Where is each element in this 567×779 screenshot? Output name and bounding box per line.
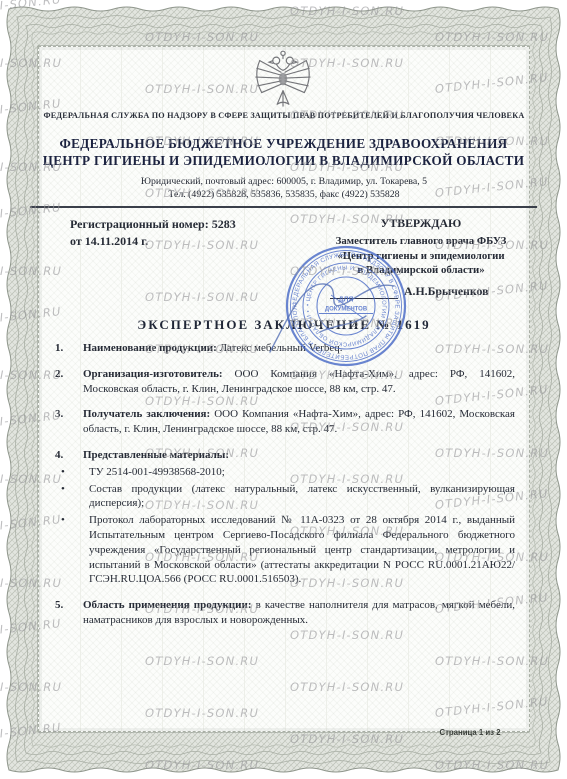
bullet-text: Протокол лабораторных исследований № 11А… [89,513,515,587]
item-text: Представленные материалы: [83,448,515,463]
item-text: Область применения продукции: в качестве… [83,598,515,628]
address-line: Юридический, почтовый адрес: 600005, г. … [38,175,530,188]
items-list: 1.Наименование продукции: Латекс мебельн… [55,341,515,639]
item-label: Наименование продукции: [83,342,217,354]
organization-name-line2: ЦЕНТР ГИГИЕНЫ И ЭПИДЕМИОЛОГИИ В ВЛАДИМИР… [30,152,537,169]
expert-item: 4.Представленные материалы: [55,448,515,463]
bullet-text: Состав продукции (латекс натуральный, ла… [89,482,515,512]
item-number: 4. [55,448,83,463]
expert-item: 5.Область применения продукции: в качест… [55,598,515,628]
coat-of-arms-icon [252,48,314,110]
handwritten-signature [262,252,412,364]
organization-name-line1: ФЕДЕРАЛЬНОЕ БЮДЖЕТНОЕ УЧРЕЖДЕНИЕ ЗДРАВОО… [30,135,537,152]
bullet-icon: • [55,513,89,587]
item-label: Область применения продукции: [83,599,251,611]
organization-address: Юридический, почтовый адрес: 600005, г. … [38,175,530,201]
item-label: Представленные материалы: [83,449,229,461]
expert-item: 2.Организация-изготовитель: ООО Компания… [55,367,515,397]
item-number: 1. [55,341,83,356]
bullet-icon: • [55,465,89,480]
bullet-item: •Протокол лабораторных исследований № 11… [55,513,515,587]
bullet-icon: • [55,482,89,512]
item-number: 3. [55,407,83,437]
registration-date: от 14.11.2014 г. [70,233,236,250]
expert-item: 3.Получатель заключения: ООО Компания «Н… [55,407,515,437]
phone-line: Тел. (4922) 535828, 535836, 535835, факс… [38,188,530,201]
item-number: 2. [55,367,83,397]
agency-name: ФЕДЕРАЛЬНАЯ СЛУЖБА ПО НАДЗОРУ В СФЕРЕ ЗА… [38,111,530,120]
bullet-item: •Состав продукции (латекс натуральный, л… [55,482,515,512]
page-number-label: Страница 1 из 2 [410,728,530,737]
header-divider [30,206,537,208]
bullet-text: ТУ 2514-001-49938568-2010; [89,465,515,480]
bullet-group: •ТУ 2514-001-49938568-2010;•Состав проду… [55,465,515,587]
approve-label: УТВЕРЖДАЮ [323,216,519,231]
item-text: Получатель заключения: ООО Компания «Наф… [83,407,515,437]
registration-number: Регистрационный номер: 5283 [70,216,236,233]
registration-block: Регистрационный номер: 5283 от 14.11.201… [70,216,236,250]
certificate-page: ФЕДЕРАЛЬНАЯ СЛУЖБА ПО НАДЗОРУ В СФЕРЕ ЗА… [0,0,567,779]
item-label: Получатель заключения: [83,408,210,420]
signer-name: А.Н.Брыченков [404,284,488,299]
organization-name: ФЕДЕРАЛЬНОЕ БЮДЖЕТНОЕ УЧРЕЖДЕНИЕ ЗДРАВОО… [30,135,537,169]
item-label: Организация-изготовитель: [83,368,223,380]
bullet-item: •ТУ 2514-001-49938568-2010; [55,465,515,480]
item-text: Организация-изготовитель: ООО Компания «… [83,367,515,397]
item-number: 5. [55,598,83,628]
